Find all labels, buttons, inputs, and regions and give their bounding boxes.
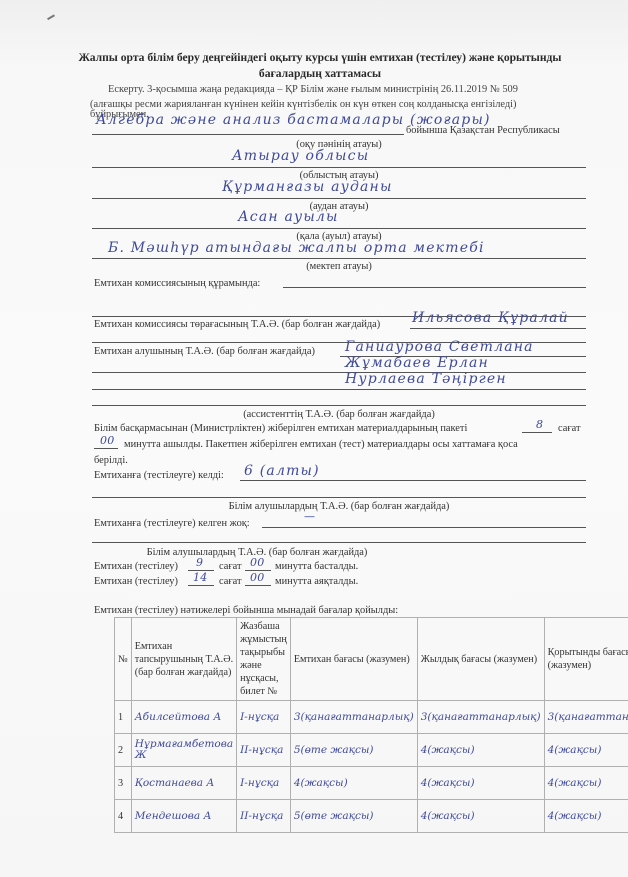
absent-underline-2 xyxy=(92,542,586,543)
work-variant[interactable]: II-нұсқа xyxy=(237,734,291,767)
package-hour-underline xyxy=(522,432,552,433)
package-text-1: Білім басқармасынан (Министрліктен) жібе… xyxy=(94,422,467,435)
final-grade[interactable]: 4(жақсы) xyxy=(544,767,628,800)
start-suffix: минутта басталды. xyxy=(275,560,358,573)
end-prefix: Емтихан (тестілеу) xyxy=(94,575,178,588)
header-number: № xyxy=(115,618,132,701)
document-title-line2: бағалардың хаттамасы xyxy=(60,66,580,82)
commission-label: Емтихан комиссиясының құрамында: xyxy=(94,277,260,290)
package-text-4: берілді. xyxy=(94,454,128,467)
region-value[interactable]: Атырау облысы xyxy=(232,148,369,164)
arrived-value[interactable]: 6 (алты) xyxy=(244,463,320,479)
absent-underline xyxy=(262,527,586,528)
student-name[interactable]: Мендешова А xyxy=(131,800,236,833)
start-prefix: Емтихан (тестілеу) xyxy=(94,560,178,573)
chair-label: Емтихан комиссиясы төрағасының Т.А.Ә. (б… xyxy=(94,318,380,331)
examiner-value-1[interactable]: Ганиаурова Светлана xyxy=(345,339,534,355)
settlement-underline xyxy=(92,228,586,229)
examiner-label: Емтихан алушының Т.А.Ә. (бар болған жағд… xyxy=(94,345,315,358)
package-minute[interactable]: 00 xyxy=(100,434,115,447)
end-minute-underline xyxy=(245,585,271,586)
examiner-value-3[interactable]: Нурлаева Тәңірген xyxy=(345,371,507,387)
school-value[interactable]: Б. Мәшһүр атындағы жалпы орта мектебі xyxy=(108,240,485,256)
exam-grade[interactable]: 5(өте жақсы) xyxy=(290,734,417,767)
results-label: Емтихан (тестілеу) нәтижелері бойынша мы… xyxy=(94,604,398,617)
table-row: 2 Нұрмағамбетова Ж II-нұсқа 5(өте жақсы)… xyxy=(115,734,628,767)
table-row: 3 Қостанаева А I-нұсқа 4(жақсы) 4(жақсы)… xyxy=(115,767,628,800)
annual-grade[interactable]: 4(жақсы) xyxy=(417,734,544,767)
grades-table-header: № Емтихан тапсырушының Т.А.Ә. (бар болға… xyxy=(115,618,628,701)
row-number: 3 xyxy=(115,767,132,800)
examiner-value-2[interactable]: Жұмабаев Ерлан xyxy=(345,355,489,371)
scan-mark xyxy=(47,14,57,23)
header-student-name: Емтихан тапсырушының Т.А.Ә. (бар болған … xyxy=(131,618,236,701)
final-grade[interactable]: 4(жақсы) xyxy=(544,800,628,833)
package-minute-underline xyxy=(94,448,118,449)
note-line1: Ескерту. 3-қосымша жаңа редакцияда – ҚР … xyxy=(108,82,586,98)
end-hour-underline xyxy=(188,585,214,586)
row-number: 4 xyxy=(115,800,132,833)
start-hour[interactable]: 9 xyxy=(196,556,203,569)
student-name[interactable]: Абилсейтова А xyxy=(131,701,236,734)
examiner-underline-3 xyxy=(92,389,586,390)
annual-grade[interactable]: 4(жақсы) xyxy=(417,767,544,800)
students-caption-1: Білім алушылардың Т.А.Ә. (бар болған жағ… xyxy=(92,500,586,513)
arrived-label: Емтиханға (тестілеуге) келді: xyxy=(94,469,224,482)
school-underline xyxy=(92,258,586,259)
district-value[interactable]: Құрманғазы ауданы xyxy=(222,179,393,195)
header-exam-grade: Емтихан бағасы (жазумен) xyxy=(290,618,417,701)
end-mid: сағат xyxy=(219,575,242,588)
examiner-underline-4 xyxy=(92,405,586,406)
commission-underline xyxy=(283,287,586,288)
final-grade[interactable]: 4(жақсы) xyxy=(544,734,628,767)
package-text-2: сағат xyxy=(558,422,581,435)
examiner-underline-2 xyxy=(92,372,586,373)
package-text-3: минутта ашылды. Пакетпен жіберілген емти… xyxy=(124,438,518,451)
table-row: 1 Абилсейтова А I-нұсқа 3(қанағаттанарлы… xyxy=(115,701,628,734)
final-grade[interactable]: 3(қанағаттанарлық) xyxy=(544,701,628,734)
annual-grade[interactable]: 3(қанағаттанарлық) xyxy=(417,701,544,734)
row-number: 2 xyxy=(115,734,132,767)
header-annual-grade: Жылдық бағасы (жазумен) xyxy=(417,618,544,701)
end-minute[interactable]: 00 xyxy=(250,571,265,584)
start-minute[interactable]: 00 xyxy=(250,556,265,569)
work-variant[interactable]: I-нұсқа xyxy=(237,767,291,800)
district-underline xyxy=(92,198,586,199)
arrived-underline xyxy=(240,480,586,481)
chair-value[interactable]: Ильясова Құралай xyxy=(412,310,569,326)
settlement-value[interactable]: Асан ауылы xyxy=(238,209,339,225)
absent-label: Емтиханға (тестілеуге) келген жоқ: xyxy=(94,517,250,530)
package-hour[interactable]: 8 xyxy=(536,418,543,431)
student-name[interactable]: Қостанаева А xyxy=(131,767,236,800)
arrived-underline-2 xyxy=(92,497,586,498)
work-variant[interactable]: II-нұсқа xyxy=(237,800,291,833)
work-variant[interactable]: I-нұсқа xyxy=(237,701,291,734)
assistant-caption: (ассистенттің Т.А.Ә. (бар болған жағдайд… xyxy=(92,408,586,421)
end-hour[interactable]: 14 xyxy=(193,571,208,584)
document-title-line1: Жалпы орта білім беру деңгейіндегі оқыту… xyxy=(60,50,580,66)
start-mid: сағат xyxy=(219,560,242,573)
header-final-grade: Қорытынды бағасы (жазумен) xyxy=(544,618,628,701)
exam-grade[interactable]: 4(жақсы) xyxy=(290,767,417,800)
chair-underline xyxy=(410,328,586,329)
protocol-page: Жалпы орта білім беру деңгейіндегі оқыту… xyxy=(0,0,628,877)
exam-grade[interactable]: 5(өте жақсы) xyxy=(290,800,417,833)
subject-underline xyxy=(92,134,404,135)
exam-grade[interactable]: 3(қанағаттанарлық) xyxy=(290,701,417,734)
subject-suffix: бойынша Қазақстан Республикасы xyxy=(406,124,560,137)
region-underline xyxy=(92,167,586,168)
grades-table: № Емтихан тапсырушының Т.А.Ә. (бар болға… xyxy=(114,617,628,833)
row-number: 1 xyxy=(115,701,132,734)
absent-value[interactable]: — xyxy=(304,510,315,523)
header-work-topic: Жазбаша жұмыстың тақырыбы және нұсқасы, … xyxy=(237,618,291,701)
school-caption: (мектеп атауы) xyxy=(92,260,586,273)
annual-grade[interactable]: 4(жақсы) xyxy=(417,800,544,833)
district-caption: (аудан атауы) xyxy=(92,200,586,213)
table-row: 4 Мендешова А II-нұсқа 5(өте жақсы) 4(жа… xyxy=(115,800,628,833)
student-name[interactable]: Нұрмағамбетова Ж xyxy=(131,734,236,767)
end-suffix: минутта аяқталды. xyxy=(275,575,358,588)
